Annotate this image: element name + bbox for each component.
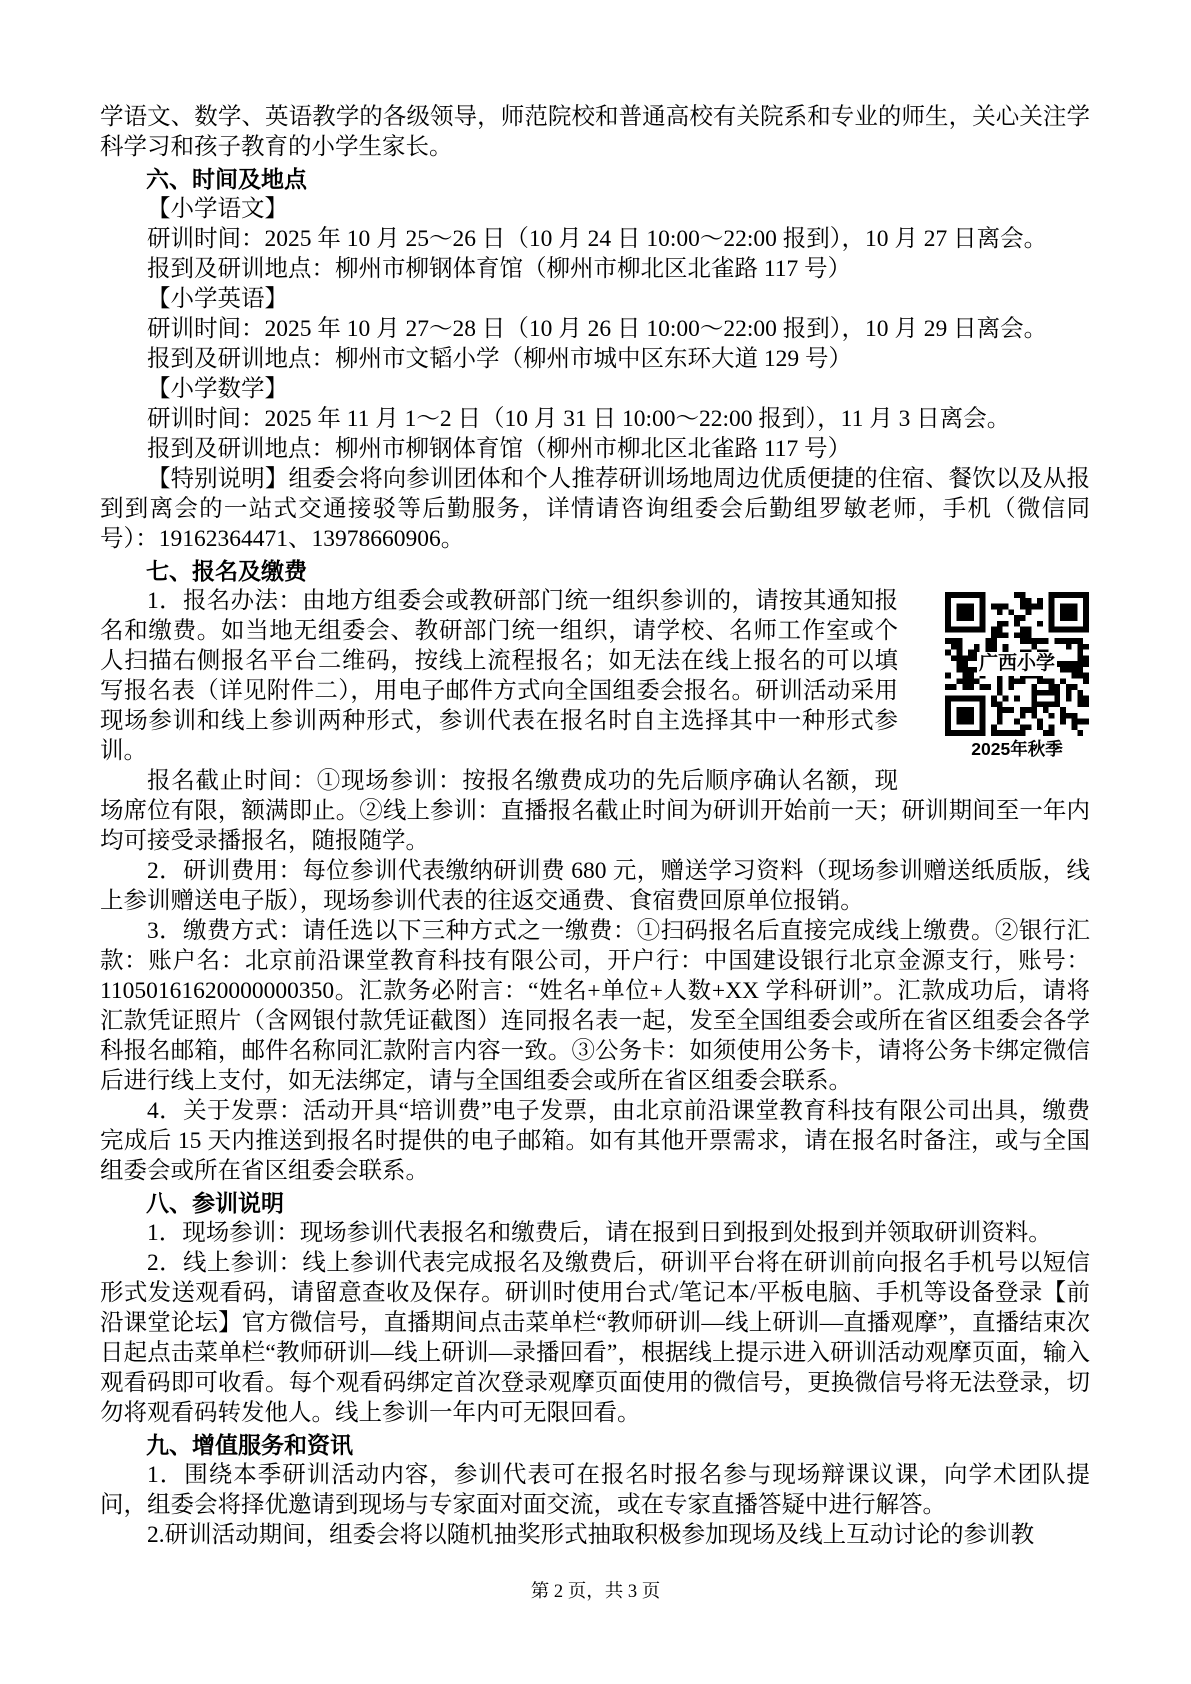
value-added-service-paragraph: 1．围绕本季研训活动内容，参训代表可在报名时报名参与现场辩课议课，向学术团队提问… bbox=[100, 1460, 1090, 1520]
fee-paragraph: 2．研训费用：每位参训代表缴纳研训费 680 元，赠送学习资料（现场参训赠送纸质… bbox=[100, 856, 1090, 916]
document-page: 学语文、数学、英语教学的各级领导，师范院校和普通高校有关院系和专业的师生，关心关… bbox=[0, 0, 1191, 1684]
section-6-heading: 六、时间及地点 bbox=[100, 164, 1090, 194]
venue-place-english: 报到及研训地点：柳州市文韬小学（柳州市城中区东环大道 129 号） bbox=[100, 344, 1090, 374]
venue-label-english: 【小学英语】 bbox=[100, 284, 1090, 314]
registration-deadline-paragraph: 报名截止时间：①现场参训：按报名缴费成功的先后顺序确认名额，现场席位有限，额满即… bbox=[100, 766, 1090, 856]
payment-method-paragraph: 3．缴费方式：请任选以下三种方式之一缴费：①扫码报名后直接完成线上缴费。②银行汇… bbox=[100, 916, 1090, 1096]
venue-label-math: 【小学数学】 bbox=[100, 374, 1090, 404]
section-9-heading: 九、增值服务和资讯 bbox=[100, 1430, 1090, 1460]
venue-place-math: 报到及研训地点：柳州市柳钢体育馆（柳州市柳北区北雀路 117 号） bbox=[100, 434, 1090, 464]
lottery-paragraph: 2.研训活动期间，组委会将以随机抽奖形式抽取积极参加现场及线上互动讨论的参训教 bbox=[100, 1520, 1090, 1550]
section-8-heading: 八、参训说明 bbox=[100, 1188, 1090, 1218]
venue-place-chinese: 报到及研训地点：柳州市柳钢体育馆（柳州市柳北区北雀路 117 号） bbox=[100, 254, 1090, 284]
venue-time-math: 研训时间：2025 年 11 月 1～2 日（10 月 31 日 10:00～2… bbox=[100, 404, 1090, 434]
venue-label-chinese: 【小学语文】 bbox=[100, 194, 1090, 224]
qr-caption: 2025年秋季 bbox=[944, 739, 1090, 760]
online-participation-paragraph: 2．线上参训：线上参训代表完成报名及缴费后，研训平台将在研训前向报名手机号以短信… bbox=[100, 1248, 1090, 1428]
registration-method-paragraph: 1．报名办法：由地方组委会或教研部门统一组织参训的，请按其通知报名和缴费。如当地… bbox=[100, 586, 1090, 766]
page-number: 第 2 页，共 3 页 bbox=[0, 1580, 1191, 1604]
invoice-paragraph: 4．关于发票：活动开具“培训费”电子发票，由北京前沿课堂教育科技有限公司出具，缴… bbox=[100, 1096, 1090, 1186]
intro-continuation-paragraph: 学语文、数学、英语教学的各级领导，师范院校和普通高校有关院系和专业的师生，关心关… bbox=[100, 102, 1090, 162]
special-note-paragraph: 【特别说明】组委会将向参训团体和个人推荐研训场地周边优质便捷的住宿、餐饮以及从报… bbox=[100, 464, 1090, 554]
venue-time-english: 研训时间：2025 年 10 月 27～28 日（10 月 26 日 10:00… bbox=[100, 314, 1090, 344]
section-7-body: 广西小学 2025年秋季 1．报名办法：由地方组委会或教研部门统一组织参训的，请… bbox=[100, 586, 1090, 1186]
qr-center-label: 广西小学 bbox=[977, 652, 1057, 676]
onsite-participation-paragraph: 1．现场参训：现场参训代表报名和缴费后，请在报到日到报到处报到并领取研训资料。 bbox=[100, 1218, 1090, 1248]
venue-time-chinese: 研训时间：2025 年 10 月 25～26 日（10 月 24 日 10:00… bbox=[100, 224, 1090, 254]
registration-qr-block: 广西小学 2025年秋季 bbox=[944, 592, 1090, 760]
section-7-heading: 七、报名及缴费 bbox=[100, 556, 1090, 586]
